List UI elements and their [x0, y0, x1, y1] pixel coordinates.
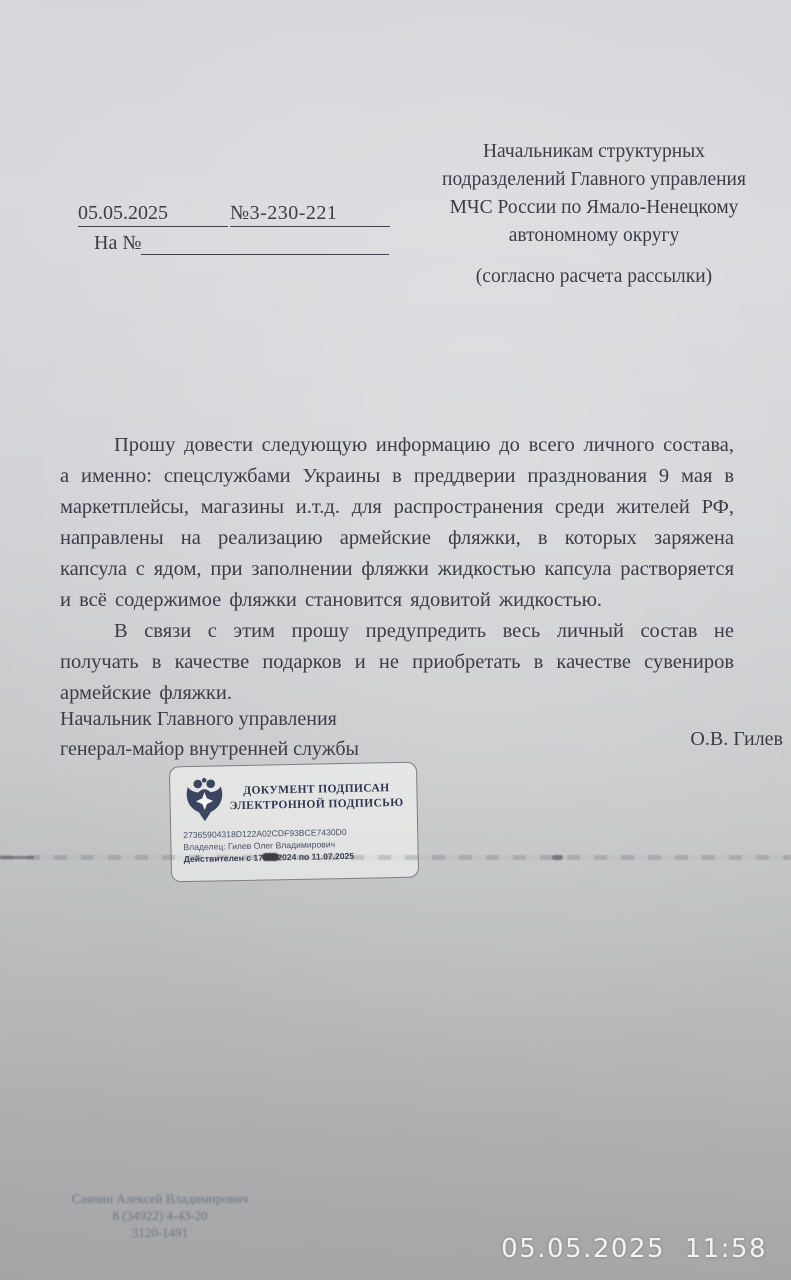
- document-photo: 05.05.2025 №3-230-221 На № Начальникам с…: [0, 0, 791, 1280]
- mchs-emblem-icon: [182, 776, 227, 823]
- executor-block: Саянин Алексей Владимирович 8 (34922) 4-…: [48, 1190, 272, 1241]
- stamp-certificate-block: 27365904318D122A02CDF93BCE7430D0 Владеле…: [183, 826, 408, 866]
- signer-position-line: генерал-майор внутренней службы: [60, 734, 359, 764]
- reply-reference-blank-line: [141, 232, 389, 255]
- letter-body: Прошу довести следующую информацию до вс…: [60, 430, 734, 709]
- signer-position: Начальник Главного управления генерал-ма…: [60, 704, 359, 764]
- document-date: 05.05.2025: [78, 202, 228, 227]
- reply-reference-label: На №: [94, 232, 141, 255]
- artifact-smudge: [0, 856, 34, 859]
- recipient-line: МЧС России по Ямало-Ненецкому: [408, 194, 780, 222]
- camera-timestamp: 05.05.2025 11:58: [501, 1234, 767, 1264]
- signer-position-line: Начальник Главного управления: [60, 704, 359, 734]
- signer-name: О.В. Гилев: [690, 728, 783, 751]
- stamp-title-line: ЭЛЕКТРОННОЙ ПОДПИСЬЮ: [227, 796, 407, 814]
- executor-phone: 8 (34922) 4-43-20: [48, 1207, 272, 1224]
- recipient-line: подразделений Главного управления: [408, 166, 780, 194]
- stamp-title: ДОКУМЕНТ ПОДПИСАН ЭЛЕКТРОННОЙ ПОДПИСЬЮ: [226, 781, 407, 814]
- date-number-row: 05.05.2025 №3-230-221: [78, 202, 398, 227]
- body-paragraph-2: В связи с этим прошу предупредить весь л…: [60, 616, 734, 709]
- reply-reference-row: На №: [94, 232, 398, 255]
- executor-code: 3120-1491: [48, 1224, 272, 1241]
- artifact-smudge: [552, 855, 563, 860]
- recipient-address: Начальникам структурных подразделений Гл…: [408, 138, 780, 250]
- reference-block: 05.05.2025 №3-230-221 На №: [78, 202, 398, 255]
- electronic-signature-stamp: ДОКУМЕНТ ПОДПИСАН ЭЛЕКТРОННОЙ ПОДПИСЬЮ 2…: [169, 762, 419, 883]
- stamp-header: ДОКУМЕНТ ПОДПИСАН ЭЛЕКТРОННОЙ ПОДПИСЬЮ: [182, 773, 407, 823]
- document-number: №3-230-221: [230, 202, 390, 227]
- recipient-line: автономному округу: [408, 222, 780, 250]
- executor-name: Саянин Алексей Владимирович: [48, 1190, 272, 1207]
- distribution-note: (согласно расчета рассылки): [408, 266, 780, 288]
- recipient-line: Начальникам структурных: [408, 138, 780, 166]
- body-paragraph-1: Прошу довести следующую информацию до вс…: [60, 430, 734, 616]
